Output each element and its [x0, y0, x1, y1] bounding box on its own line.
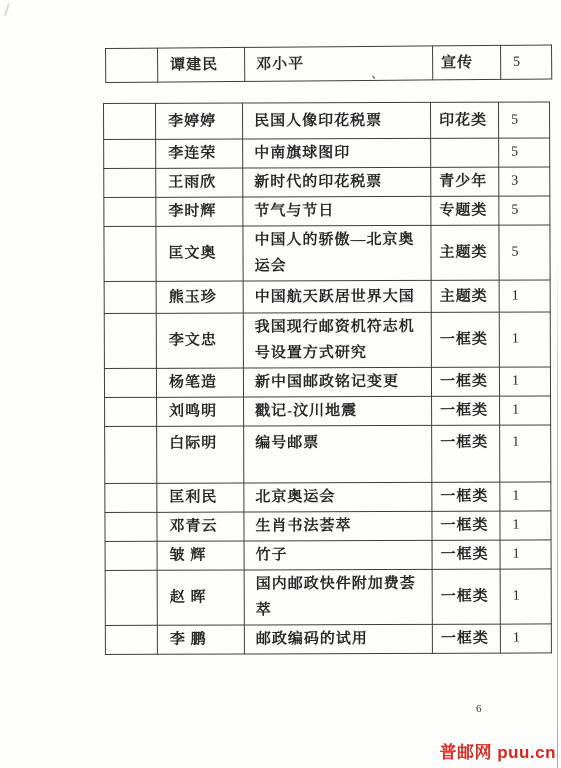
cell-name: 李婷婷: [156, 103, 243, 139]
cell-count: 5: [500, 45, 551, 79]
cell-title: 国内邮政快件附加费荟萃: [244, 569, 432, 625]
cell-category: 主题类: [431, 280, 499, 312]
cell-title: 编号邮票: [244, 425, 432, 483]
table-row: 谭建民 邓小平 宣传 5: [106, 45, 552, 83]
table-row: 李婷婷民国人像印花税票印花类5: [104, 102, 550, 140]
cell-category: 一框类: [431, 367, 499, 396]
cell-category: 一框类: [432, 396, 500, 425]
cell-count: 5: [499, 196, 550, 225]
cell-category: 一框类: [432, 540, 500, 569]
cell-count: 3: [499, 167, 550, 196]
cell-category: [431, 138, 499, 167]
cell-blank: [104, 368, 156, 397]
cell-count: 1: [500, 396, 551, 425]
cell-category: 一框类: [432, 569, 500, 624]
cell-category: 一框类: [432, 425, 500, 482]
table-row: 李时辉节气与节日专题类5: [104, 196, 550, 227]
cell-name: 匡利民: [157, 483, 244, 512]
table-row: 李连荣中南旗球图印5: [104, 138, 550, 169]
table-row: 熊玉珍中国航天跃居世界大国主题类1: [104, 280, 550, 314]
cell-name: 李时辉: [156, 197, 243, 226]
pen-mark: [4, 3, 10, 16]
cell-title: 新时代的印花税票: [243, 167, 431, 197]
cell-title: 北京奥运会: [244, 482, 432, 512]
cell-blank: [104, 168, 156, 197]
entries-table: 李婷婷民国人像印花税票印花类5李连荣中南旗球图印5王雨欣新时代的印花税票青少年3…: [103, 101, 552, 655]
cell-category: 印花类: [430, 102, 498, 138]
table-row: 李文忠我国现行邮资机符志机号设置方式研究一框类1: [104, 312, 550, 369]
entries-table-grid: 李婷婷民国人像印花税票印花类5李连荣中南旗球图印5王雨欣新时代的印花税票青少年3…: [103, 101, 552, 655]
cell-category: 专题类: [431, 196, 499, 225]
cell-blank: [105, 512, 157, 541]
cell-title: 生肖书法荟萃: [244, 511, 432, 541]
cell-category: 一框类: [432, 511, 500, 540]
cell-count: 1: [500, 540, 551, 569]
cell-name: 赵 晖: [157, 570, 244, 625]
scan-edge-artifact: [557, 255, 559, 768]
cell-count: 1: [499, 280, 550, 312]
cell-name: 熊玉珍: [156, 281, 243, 313]
cell-title: 节气与节日: [243, 196, 431, 226]
cell-count: 1: [499, 312, 550, 367]
table-row: 匡文奥中国人的骄傲—北京奥运会主题类5: [104, 225, 550, 282]
table-row: 邓青云生肖书法荟萃一框类1: [105, 511, 551, 542]
pen-tick-mark: 、: [371, 63, 384, 82]
cell-category: 一框类: [432, 624, 500, 653]
cell-count: 1: [499, 367, 550, 396]
cell-name: 白际明: [157, 426, 244, 483]
cell-title: 新中国邮政铭记变更: [243, 367, 431, 397]
cell-blank: [104, 197, 156, 226]
cell-blank: [104, 281, 156, 313]
table-row: 李 鹏邮政编码的试用一框类1: [105, 624, 551, 655]
cell-blank: [104, 226, 156, 281]
cell-title: 邮政编码的试用: [244, 624, 432, 654]
cell-name: 李文忠: [156, 313, 243, 368]
table-row: 白际明编号邮票一框类1: [105, 425, 551, 484]
cell-category: 青少年: [431, 167, 499, 196]
cell-count: 1: [500, 425, 551, 482]
cell-blank: [105, 541, 157, 570]
cell-name: 王雨欣: [156, 168, 243, 197]
cell-count: 1: [500, 482, 551, 511]
cell-count: 1: [500, 624, 551, 653]
cell-category: 一框类: [431, 312, 499, 367]
table-row: 赵 晖国内邮政快件附加费荟萃一框类1: [105, 569, 551, 626]
page-number: 6: [476, 703, 482, 715]
top-table: 谭建民 邓小平 宣传 5 、: [105, 44, 552, 83]
cell-name: 匡文奥: [156, 226, 243, 281]
table-row: 杨笔造新中国邮政铭记变更一框类1: [104, 367, 550, 398]
cell-category: 主题类: [431, 225, 499, 280]
cell-count: 5: [498, 102, 549, 138]
watermark-site-name: 普邮网: [440, 743, 493, 762]
table-row: 刘鸣明戳记-汶川地震一框类1: [105, 396, 551, 427]
cell-blank: [104, 103, 156, 139]
cell-blank: [105, 426, 157, 483]
cell-name: 李 鹏: [157, 625, 244, 654]
cell-blank: [105, 397, 157, 426]
watermark-domain: puu.cn: [497, 743, 556, 762]
cell-title: 中国人的骄傲—北京奥运会: [243, 225, 431, 281]
top-table-grid: 谭建民 邓小平 宣传 5: [105, 44, 552, 83]
cell-name: 邓青云: [157, 512, 244, 541]
cell-title: 邓小平: [244, 46, 432, 81]
cell-blank: [104, 313, 156, 368]
cell-title: 中南旗球图印: [243, 138, 431, 168]
table-row: 匡利民北京奥运会一框类1: [105, 482, 551, 513]
cell-blank: [104, 139, 156, 168]
cell-title: 民国人像印花税票: [243, 102, 431, 139]
cell-name: 李连荣: [156, 139, 243, 168]
cell-name: 刘鸣明: [157, 397, 244, 426]
cell-count: 1: [500, 569, 551, 624]
cell-count: 5: [499, 138, 550, 167]
cell-title: 中国航天跃居世界大国: [243, 280, 431, 313]
cell-name: 皱 辉: [157, 541, 244, 570]
cell-blank: [105, 570, 157, 625]
cell-blank: [105, 625, 157, 654]
cell-title: 我国现行邮资机符志机号设置方式研究: [243, 312, 431, 368]
table-row: 皱 辉竹子一框类1: [105, 540, 551, 571]
cell-blank: [105, 483, 157, 512]
watermark: 普邮网 puu.cn: [440, 738, 556, 763]
cell-name: 杨笔造: [156, 368, 243, 397]
cell-count: 1: [500, 511, 551, 540]
cell-name: 谭建民: [158, 47, 245, 82]
cell-category: 宣传: [432, 45, 500, 80]
cell-category: 一框类: [432, 482, 500, 511]
cell-title: 戳记-汶川地震: [244, 396, 432, 426]
cell-count: 5: [499, 225, 550, 280]
scanned-document-page: 谭建民 邓小平 宣传 5 、 李婷婷民国人像印花税票印花类5李连荣中南旗球图印5…: [0, 0, 561, 768]
cell-blank: [106, 48, 158, 82]
table-row: 王雨欣新时代的印花税票青少年3: [104, 167, 550, 198]
cell-title: 竹子: [244, 540, 432, 570]
